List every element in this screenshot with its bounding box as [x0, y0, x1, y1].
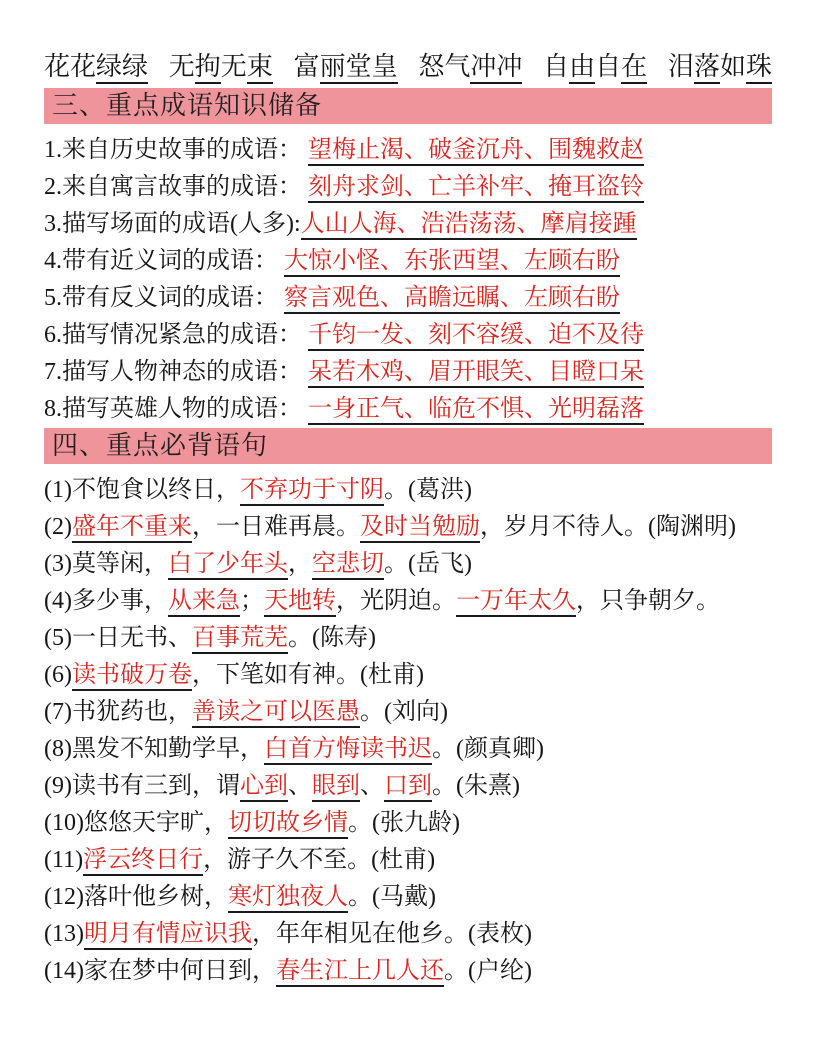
list-item: (6)读书破万卷，下笔如有神。(杜甫) — [44, 657, 772, 694]
text-segment: 。(葛洪) — [384, 477, 472, 503]
text-segment: 读书破万卷 — [72, 662, 192, 691]
text-segment: 明月有情应识我 — [84, 921, 252, 950]
section4-header: 四、重点必背语句 — [44, 428, 772, 464]
text-segment: 呆若木鸡、眉开眼笑、目瞪口呆 — [308, 359, 644, 388]
text-segment: (12)落叶他乡树， — [44, 884, 228, 910]
list-item: (2)盛年不重来，一日难再晨。及时当勉励，岁月不待人。(陶渊明) — [44, 509, 772, 546]
idiom-word: 无拘无束 — [169, 48, 273, 86]
text-segment: 6.描写情况紧急的成语： — [44, 322, 308, 348]
idiom-word: 富丽堂皇 — [294, 48, 398, 86]
idiom-word: 怒气冲冲 — [418, 48, 522, 86]
text-segment: (1)不饱食以终日， — [44, 477, 240, 503]
text-segment: 不弃功于寸阴 — [240, 477, 384, 506]
text-segment: (3)莫等闲， — [44, 551, 168, 577]
text-segment: (5)一日无书、 — [44, 625, 192, 651]
text-segment: (13) — [44, 921, 84, 947]
idiom-word: 自由自在 — [543, 48, 647, 86]
text-segment: 空悲切 — [312, 551, 384, 580]
text-segment: ， — [288, 551, 312, 577]
text-segment: 。(岳飞) — [384, 551, 472, 577]
section4-title: 四、重点必背语句 — [52, 431, 268, 460]
list-item: 8.描写英雄人物的成语： 一身正气、临危不惧、光明磊落 — [44, 391, 772, 428]
list-item: (3)莫等闲，白了少年头，空悲切。(岳飞) — [44, 546, 772, 583]
text-segment: 。(颜真卿) — [432, 736, 544, 762]
text-segment: 眼到 — [312, 773, 360, 802]
text-segment: 刻舟求剑、亡羊补牢、掩耳盗铃 — [308, 174, 644, 203]
list-item: 6.描写情况紧急的成语： 千钧一发、刻不容缓、迫不及待 — [44, 317, 772, 354]
idiom-row: 花花绿绿无拘无束富丽堂皇怒气冲冲自由自在泪落如珠 — [44, 48, 772, 86]
text-segment: 。(户纶) — [444, 958, 532, 984]
text-segment: 察言观色、高瞻远瞩、左顾右盼 — [284, 285, 620, 314]
section3-list: 1.来自历史故事的成语： 望梅止渴、破釜沉舟、围魏救赵2.来自寓言故事的成语： … — [44, 132, 772, 428]
text-segment: 天地转 — [264, 588, 336, 617]
text-segment: 如 — [720, 52, 746, 81]
text-segment: 绿绿 — [96, 52, 148, 84]
text-segment: 。(陈寿) — [288, 625, 376, 651]
text-segment: 大惊小怪、东张西望、左顾右盼 — [284, 248, 620, 277]
text-segment: 白了少年头 — [168, 551, 288, 580]
list-item: 3.描写场面的成语(人多):人山人海、浩浩荡荡、摩肩接踵 — [44, 206, 772, 243]
text-segment: 4.带有近义词的成语： — [44, 248, 284, 274]
text-segment: 拘 — [195, 52, 221, 84]
section4-list: (1)不饱食以终日，不弃功于寸阴。(葛洪)(2)盛年不重来，一日难再晨。及时当勉… — [44, 472, 772, 990]
text-segment: 、 — [288, 773, 312, 799]
list-item: (13)明月有情应识我，年年相见在他乡。(表枚) — [44, 916, 772, 953]
text-segment: ，光阴迫。 — [336, 588, 456, 614]
text-segment: 人山人海、浩浩荡荡、摩肩接踵 — [301, 211, 637, 240]
text-segment: 自 — [595, 52, 621, 81]
list-item: (7)书犹药也，善读之可以医愚。(刘向) — [44, 694, 772, 731]
text-segment: 由 — [569, 52, 595, 84]
text-segment: 、 — [360, 773, 384, 799]
text-segment: 心到 — [240, 773, 288, 802]
text-segment: 泪 — [668, 52, 694, 81]
list-item: 4.带有近义词的成语： 大惊小怪、东张西望、左顾右盼 — [44, 243, 772, 280]
list-item: 2.来自寓言故事的成语： 刻舟求剑、亡羊补牢、掩耳盗铃 — [44, 169, 772, 206]
text-segment: 春生江上几人还 — [276, 958, 444, 987]
text-segment: (14)家在梦中何日到， — [44, 958, 276, 984]
section3-header: 三、重点成语知识储备 — [44, 88, 772, 124]
worksheet-page: 花花绿绿无拘无束富丽堂皇怒气冲冲自由自在泪落如珠 三、重点成语知识储备 1.来自… — [0, 0, 816, 1056]
text-segment: 。(朱熹) — [432, 773, 520, 799]
text-segment: ； — [240, 588, 264, 614]
text-segment: 落 — [694, 52, 720, 84]
list-item: (9)读书有三到，谓心到、眼到、口到。(朱熹) — [44, 768, 772, 805]
text-segment: ，年年相见在他乡。(表枚) — [252, 921, 532, 947]
text-segment: (7)书犹药也， — [44, 699, 192, 725]
text-segment: ，岁月不待人。(陶渊明) — [480, 514, 736, 540]
list-item: (8)黑发不知勤学早，白首方悔读书迟。(颜真卿) — [44, 731, 772, 768]
text-segment: 及时当勉励 — [360, 514, 480, 543]
text-segment: 。(刘向) — [360, 699, 448, 725]
text-segment: 千钧一发、刻不容缓、迫不及待 — [308, 322, 644, 351]
text-segment: (2) — [44, 514, 72, 540]
list-item: (10)悠悠天宇旷，切切故乡情。(张九龄) — [44, 805, 772, 842]
text-segment: 无 — [169, 52, 195, 81]
text-segment: 。(张九龄) — [348, 810, 460, 836]
list-item: (11)浮云终日行，游子久不至。(杜甫) — [44, 842, 772, 879]
list-item: 1.来自历史故事的成语： 望梅止渴、破釜沉舟、围魏救赵 — [44, 132, 772, 169]
list-item: (12)落叶他乡树，寒灯独夜人。(马戴) — [44, 879, 772, 916]
list-item: 5.带有反义词的成语： 察言观色、高瞻远瞩、左顾右盼 — [44, 280, 772, 317]
text-segment: 8.描写英雄人物的成语： — [44, 396, 308, 422]
text-segment: 百事荒芜 — [192, 625, 288, 654]
list-item: (4)多少事，从来急；天地转，光阴迫。一万年太久，只争朝夕。 — [44, 583, 772, 620]
text-segment: (9)读书有三到，谓 — [44, 773, 240, 799]
text-segment: 2.来自寓言故事的成语： — [44, 174, 308, 200]
list-item: 7.描写人物神态的成语： 呆若木鸡、眉开眼笑、目瞪口呆 — [44, 354, 772, 391]
text-segment: 皇 — [372, 52, 398, 84]
text-segment: (6) — [44, 662, 72, 688]
idiom-word: 花花绿绿 — [44, 48, 148, 86]
text-segment: 在 — [621, 52, 647, 84]
text-segment: 7.描写人物神态的成语： — [44, 359, 308, 385]
text-segment: 从来急 — [168, 588, 240, 617]
text-segment: 切切故乡情 — [228, 810, 348, 839]
text-segment: 冲冲 — [470, 52, 522, 84]
text-segment: (8)黑发不知勤学早， — [44, 736, 264, 762]
text-segment: (11) — [44, 847, 83, 873]
text-segment: 望梅止渴、破釜沉舟、围魏救赵 — [308, 137, 644, 166]
text-segment: 3.描写场面的成语(人多): — [44, 211, 301, 237]
text-segment: 5.带有反义词的成语： — [44, 285, 284, 311]
text-segment: ，下笔如有神。(杜甫) — [192, 662, 424, 688]
text-segment: 浮云终日行 — [83, 847, 203, 876]
text-segment: 丽 — [320, 52, 346, 84]
text-segment: 无 — [221, 52, 247, 81]
list-item: (1)不饱食以终日，不弃功于寸阴。(葛洪) — [44, 472, 772, 509]
section3-title: 三、重点成语知识储备 — [52, 91, 322, 120]
list-item: (5)一日无书、百事荒芜。(陈寿) — [44, 620, 772, 657]
text-segment: (10)悠悠天宇旷， — [44, 810, 228, 836]
text-segment: 盛年不重来 — [72, 514, 192, 543]
text-segment: 一万年太久 — [456, 588, 576, 617]
text-segment: ，只争朝夕。 — [576, 588, 720, 614]
text-segment: 口到 — [384, 773, 432, 802]
text-segment: 花花 — [44, 52, 96, 81]
text-segment: 自 — [543, 52, 569, 81]
text-segment: 。(马戴) — [348, 884, 436, 910]
text-segment: ，游子久不至。(杜甫) — [203, 847, 435, 873]
list-item: (14)家在梦中何日到，春生江上几人还。(户纶) — [44, 953, 772, 990]
text-segment: 一身正气、临危不惧、光明磊落 — [308, 396, 644, 425]
text-segment: 富 — [294, 52, 320, 81]
text-segment: 1.来自历史故事的成语： — [44, 137, 308, 163]
text-segment: 束 — [247, 52, 273, 84]
text-segment: 珠 — [746, 52, 772, 84]
text-segment: 怒气 — [418, 52, 470, 81]
text-segment: 堂 — [346, 52, 372, 84]
text-segment: 寒灯独夜人 — [228, 884, 348, 913]
text-segment: (4)多少事， — [44, 588, 168, 614]
text-segment: 白首方悔读书迟 — [264, 736, 432, 765]
text-segment: 善读之可以医愚 — [192, 699, 360, 728]
idiom-word: 泪落如珠 — [668, 48, 772, 86]
text-segment: ，一日难再晨。 — [192, 514, 360, 540]
